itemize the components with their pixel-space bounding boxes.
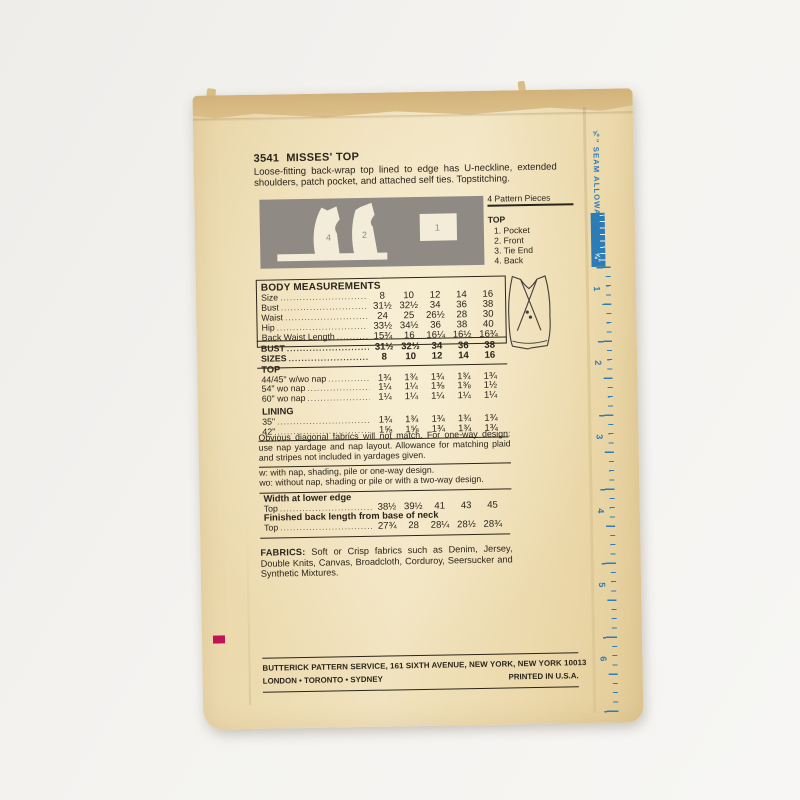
- value-cell: 10: [397, 353, 424, 362]
- value-cell: 14: [450, 352, 477, 361]
- printed-in-usa: PRINTED IN U.S.A.: [508, 671, 578, 681]
- dot-leader: [280, 502, 372, 514]
- fabrics-paragraph: FABRICS: Soft or Crisp fabrics such as D…: [260, 544, 513, 580]
- value-cell: 28½: [453, 521, 480, 530]
- value-cell: 12: [424, 352, 451, 361]
- fabric-note: Obvious diagonal fabrics will not match.…: [258, 429, 511, 468]
- value-cell: 1¼: [425, 393, 452, 402]
- row-label: Top: [264, 504, 278, 513]
- dot-leader: [307, 393, 369, 404]
- finished-measurements: Width at lower edge Top38½39½414345 Fini…: [259, 490, 510, 538]
- fold-crease: [246, 525, 251, 705]
- publisher-address: BUTTERICK PATTERN SERVICE, 161 SIXTH AVE…: [262, 658, 578, 673]
- footer-rule: [263, 686, 579, 693]
- row-label: 60" wo nap: [262, 394, 306, 404]
- ruler-number: 1: [592, 284, 602, 294]
- pattern-header: 3541MISSES' TOP Loose-fitting back-wrap …: [254, 148, 558, 189]
- publisher-footer: BUTTERICK PATTERN SERVICE, 161 SIXTH AVE…: [262, 652, 579, 693]
- inch-ruler: [595, 267, 619, 717]
- pattern-pieces-diagram: 4 2 1: [259, 196, 484, 269]
- row-label: Size: [261, 293, 278, 302]
- nap-without: wo: without nap, shading or pile or with…: [259, 474, 511, 488]
- value-cell: 45: [479, 501, 506, 510]
- pattern-number: 3541: [254, 152, 280, 164]
- row-label: Top: [264, 523, 278, 532]
- ruler-number: 6: [598, 654, 608, 664]
- row-label: Waist: [261, 313, 283, 322]
- ruler-number: 2: [593, 358, 603, 368]
- pattern-envelope-back: 3541MISSES' TOP Loose-fitting back-wrap …: [193, 88, 644, 730]
- value-cell: 8: [371, 353, 398, 362]
- row-values: 27¾2828¼28½28¾: [374, 520, 506, 531]
- fabrics-label: FABRICS:: [260, 547, 305, 558]
- dot-leader: [288, 353, 369, 364]
- row-label: 35": [262, 417, 275, 426]
- pattern-title: MISSES' TOP: [286, 151, 359, 164]
- value-cell: 1¼: [398, 393, 425, 402]
- seam-fraction-label: ⅝": [593, 253, 600, 262]
- pattern-pieces-list: 4 Pattern Pieces TOP 1. Pocket 2. Front …: [487, 192, 574, 265]
- value-cell: 28¼: [427, 521, 454, 530]
- value-cell: 27¾: [374, 522, 401, 531]
- value-cell: 16: [477, 351, 504, 360]
- value-cell: 43: [453, 501, 480, 510]
- pattern-piece-tie-end: [277, 253, 387, 262]
- row-label: SIZES: [261, 354, 287, 363]
- pieces-item: 4. Back: [488, 254, 574, 265]
- row-label: Hip: [261, 323, 274, 332]
- value-cell: 28¾: [480, 520, 507, 529]
- ruler-number: 5: [597, 580, 607, 590]
- row-label: Bust: [261, 303, 279, 312]
- seam-allowance-ruler-block: ⅝": [591, 213, 606, 267]
- pieces-group-label: TOP: [488, 213, 574, 224]
- garment-back-view-sketch: [499, 269, 560, 354]
- ruler-number: 4: [596, 506, 606, 516]
- piece-number: 2: [362, 230, 367, 240]
- nap-legend: w: with nap, shading, pile or one-way de…: [259, 464, 511, 493]
- value-cell: 1¼: [372, 394, 399, 403]
- publisher-cities: LONDON • TORONTO • SYDNEY: [263, 675, 383, 686]
- row-label: BUST: [261, 344, 285, 353]
- pattern-pieces-shapes: 4 2 1: [259, 196, 484, 269]
- value-cell: 1¼: [477, 392, 504, 401]
- piece-number: 4: [326, 232, 331, 242]
- value-cell: 28: [400, 522, 427, 531]
- piece-number: 1: [435, 223, 440, 233]
- pattern-description: Loose-fitting back-wrap top lined to edg…: [254, 162, 557, 189]
- ruler-number: 3: [594, 432, 604, 442]
- red-ink-mark: [213, 635, 225, 643]
- value-cell: 1¼: [451, 392, 478, 401]
- dot-leader: [280, 522, 372, 534]
- pieces-count: 4 Pattern Pieces: [487, 192, 573, 206]
- photo-background: 3541MISSES' TOP Loose-fitting back-wrap …: [0, 0, 800, 800]
